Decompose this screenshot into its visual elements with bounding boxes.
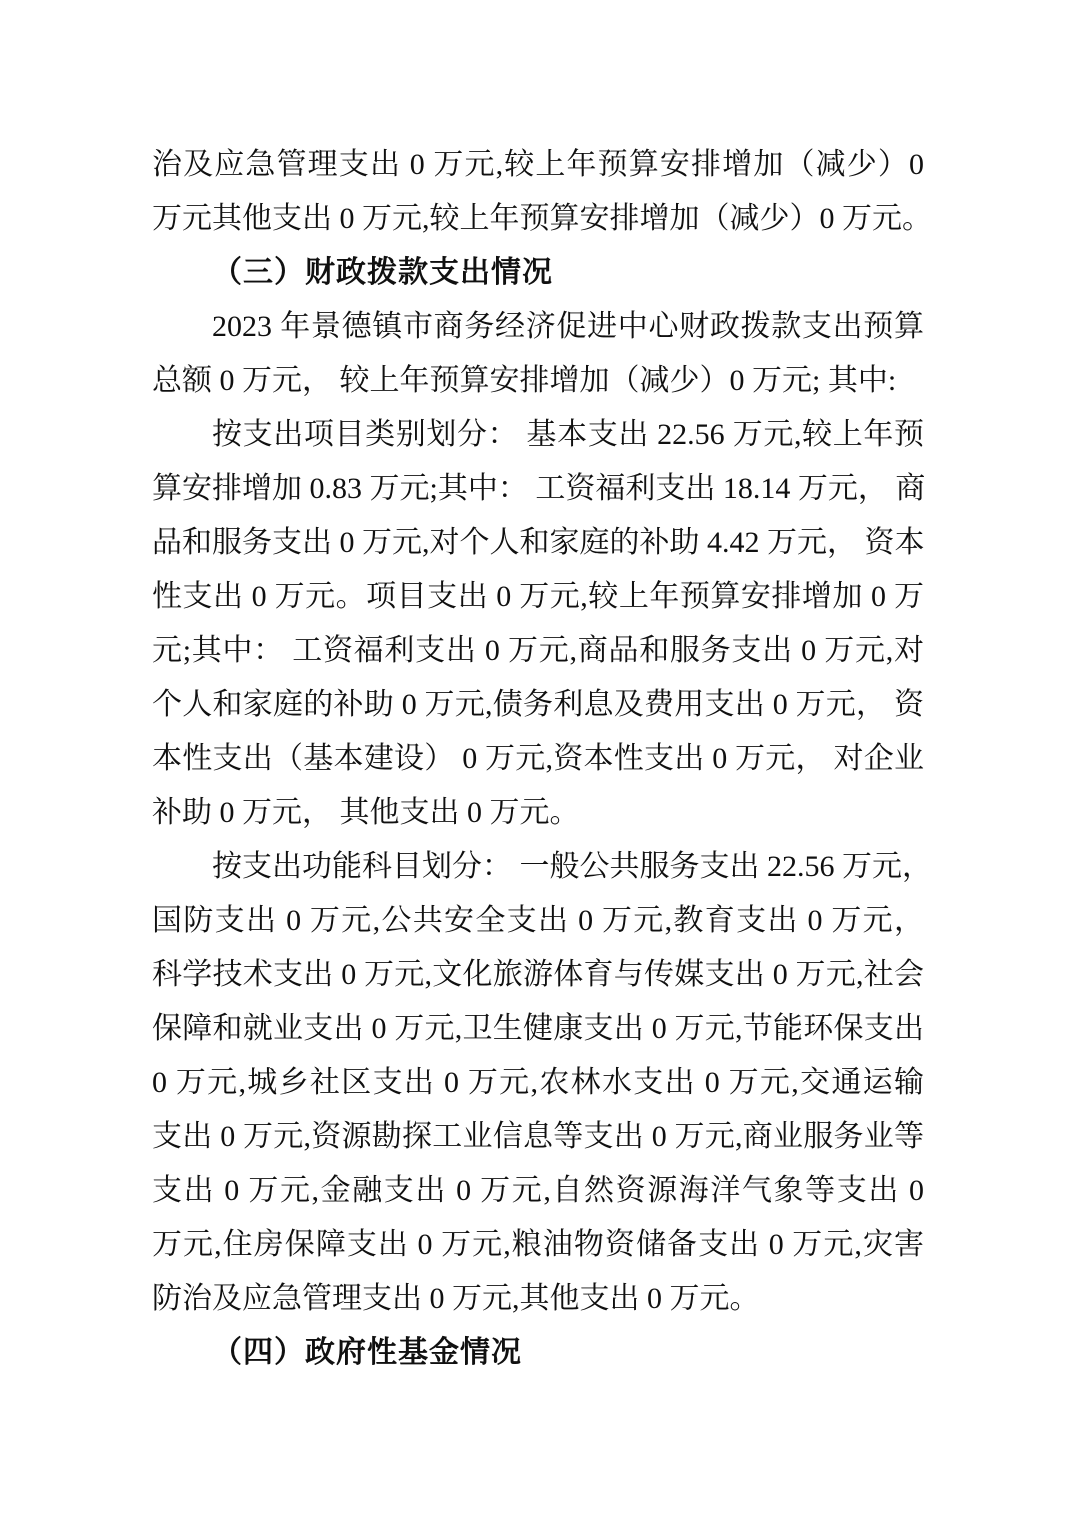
text-line: 科学技术支出 0 万元,文化旅游体育与传媒支出 0 万元,社会 [152, 948, 924, 1002]
text-line: 万元其他支出 0 万元,较上年预算安排增加（减少）0 万元。 [152, 192, 924, 246]
text-line: 补助 0 万元， 其他支出 0 万元。 [152, 786, 924, 840]
text-line: 个人和家庭的补助 0 万元,债务利息及费用支出 0 万元， 资 [152, 678, 924, 732]
text-line: 性支出 0 万元。项目支出 0 万元,较上年预算安排增加 0 万 [152, 570, 924, 624]
text-line: 保障和就业支出 0 万元,卫生健康支出 0 万元,节能环保支出 [152, 1002, 924, 1056]
text-line: 按支出功能科目划分： 一般公共服务支出 22.56 万元， [152, 840, 924, 894]
text-line: 按支出项目类别划分： 基本支出 22.56 万元,较上年预 [152, 408, 924, 462]
text-line: 防治及应急管理支出 0 万元,其他支出 0 万元。 [152, 1272, 924, 1326]
text-line: 品和服务支出 0 万元,对个人和家庭的补助 4.42 万元， 资本 [152, 516, 924, 570]
text-line: 支出 0 万元,金融支出 0 万元,自然资源海洋气象等支出 0 [152, 1164, 924, 1218]
text-line: 治及应急管理支出 0 万元,较上年预算安排增加（减少）0 [152, 138, 924, 192]
paragraph: 按支出项目类别划分： 基本支出 22.56 万元,较上年预算安排增加 0.83 … [152, 408, 924, 840]
section-heading: （三）财政拨款支出情况 [152, 246, 924, 300]
document-page: 治及应急管理支出 0 万元,较上年预算安排增加（减少）0万元其他支出 0 万元,… [0, 0, 1074, 1520]
section-heading: （四）政府性基金情况 [152, 1326, 924, 1380]
text-line: 元;其中： 工资福利支出 0 万元,商品和服务支出 0 万元,对 [152, 624, 924, 678]
paragraph: 治及应急管理支出 0 万元,较上年预算安排增加（减少）0万元其他支出 0 万元,… [152, 138, 924, 246]
text-line: 支出 0 万元,资源勘探工业信息等支出 0 万元,商业服务业等 [152, 1110, 924, 1164]
heading-line: （四）政府性基金情况 [152, 1326, 924, 1380]
document-content: 治及应急管理支出 0 万元,较上年预算安排增加（减少）0万元其他支出 0 万元,… [152, 138, 924, 1380]
text-line: 万元,住房保障支出 0 万元,粮油物资储备支出 0 万元,灾害 [152, 1218, 924, 1272]
text-line: 0 万元,城乡社区支出 0 万元,农林水支出 0 万元,交通运输 [152, 1056, 924, 1110]
text-line: 本性支出（基本建设） 0 万元,资本性支出 0 万元， 对企业 [152, 732, 924, 786]
text-line: 算安排增加 0.83 万元;其中： 工资福利支出 18.14 万元， 商 [152, 462, 924, 516]
paragraph: 按支出功能科目划分： 一般公共服务支出 22.56 万元，国防支出 0 万元,公… [152, 840, 924, 1326]
text-line: 国防支出 0 万元,公共安全支出 0 万元,教育支出 0 万元， [152, 894, 924, 948]
text-line: 总额 0 万元， 较上年预算安排增加（减少）0 万元; 其中: [152, 354, 924, 408]
heading-line: （三）财政拨款支出情况 [152, 246, 924, 300]
text-line: 2023 年景德镇市商务经济促进中心财政拨款支出预算 [152, 300, 924, 354]
paragraph: 2023 年景德镇市商务经济促进中心财政拨款支出预算总额 0 万元， 较上年预算… [152, 300, 924, 408]
